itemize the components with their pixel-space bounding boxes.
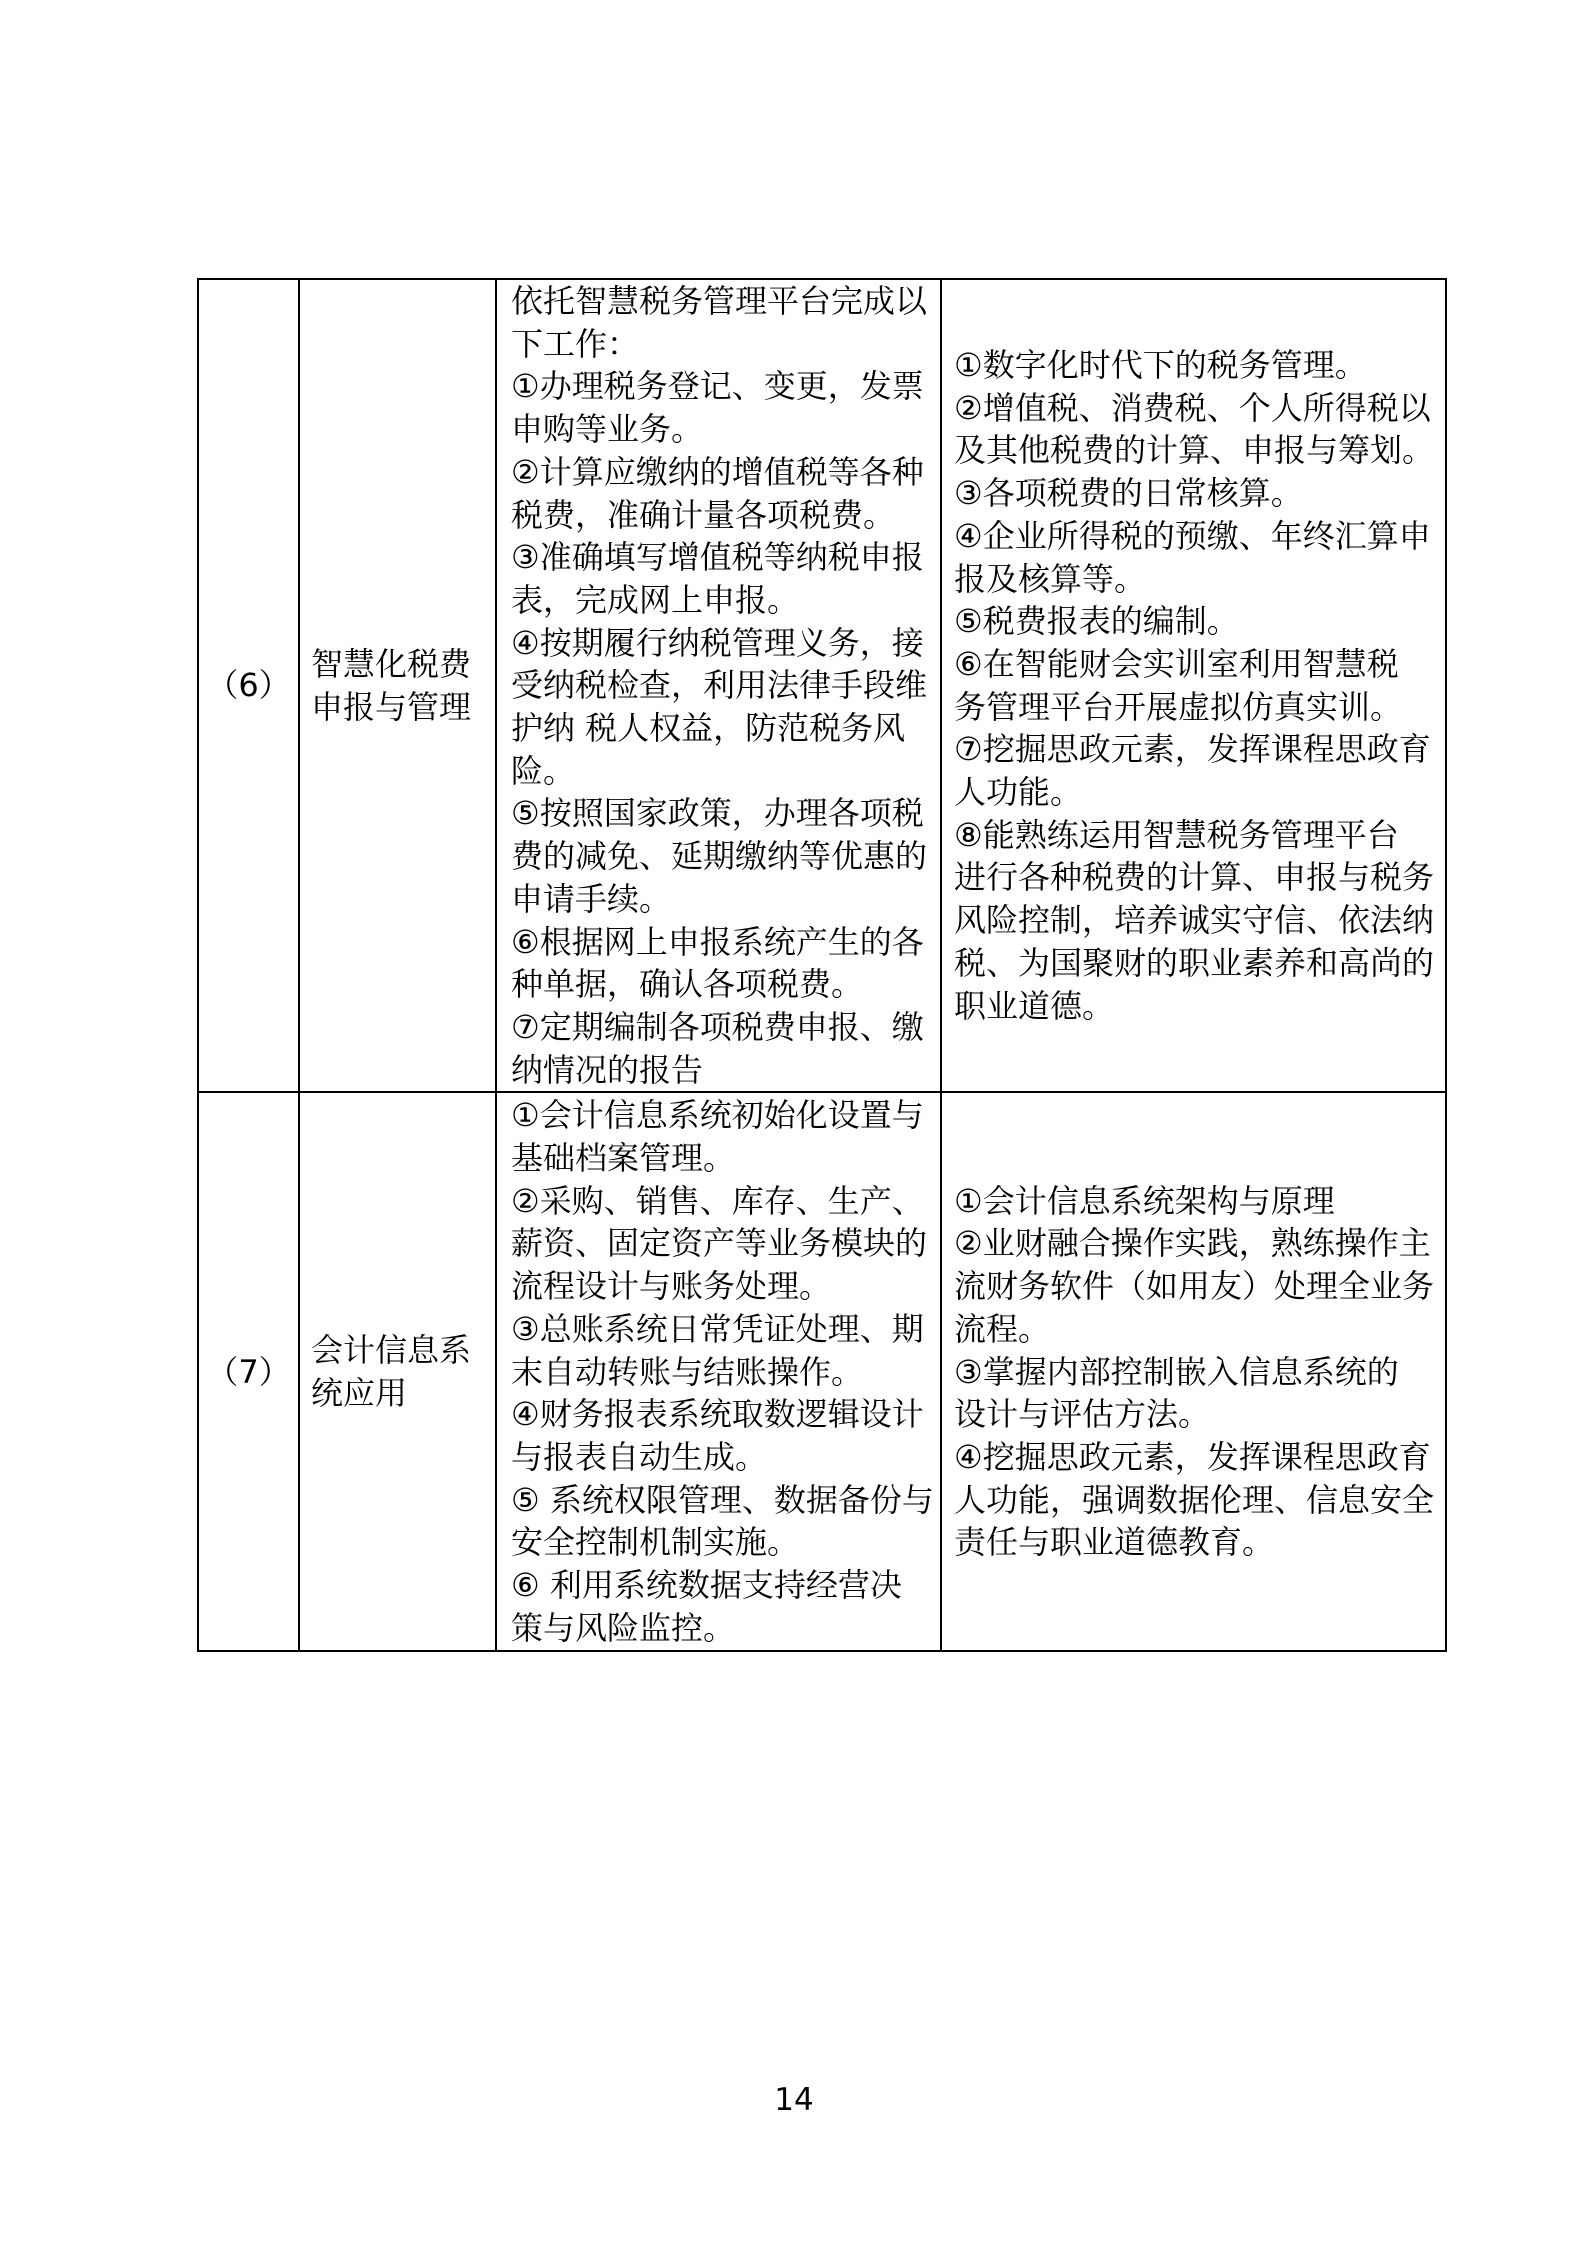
row7-teaching-contents-cell: ①会计信息系统架构与原理②业财融合操作实践，熟练操作主流财务软件（如用友）处理全… bbox=[941, 1092, 1446, 1651]
row6-work-tasks-cell: 依托智慧税务管理平台完成以下工作：①办理税务登记、变更，发票申购等业务。②计算应… bbox=[496, 279, 941, 1092]
document-page: { "page_number": "14", "table": { "rows"… bbox=[0, 0, 1588, 2245]
row6-teaching-contents-cell: ①数字化时代下的税务管理。②增值税、消费税、个人所得税以及其他税费的计算、申报与… bbox=[941, 279, 1446, 1092]
table-row-module-7: （7） 会计信息系统应用 ①会计信息系统初始化设置与基础档案管理。②采购、销售、… bbox=[198, 1092, 1446, 1651]
page-number: 14 bbox=[0, 2082, 1588, 2118]
row6-work-tasks-text: 依托智慧税务管理平台完成以下工作：①办理税务登记、变更，发票申购等业务。②计算应… bbox=[497, 280, 940, 1091]
row6-module-name-cell: 智慧化税费申报与管理 bbox=[299, 279, 496, 1092]
row7-module-name: 会计信息系统应用 bbox=[300, 1329, 495, 1414]
row7-index-label: （7） bbox=[199, 1351, 298, 1394]
table-row-module-6: （6） 智慧化税费申报与管理 依托智慧税务管理平台完成以下工作：①办理税务登记、… bbox=[198, 279, 1446, 1092]
row7-teaching-contents-text: ①会计信息系统架构与原理②业财融合操作实践，熟练操作主流财务软件（如用友）处理全… bbox=[942, 1180, 1445, 1564]
row6-module-name: 智慧化税费申报与管理 bbox=[300, 643, 495, 728]
row7-work-tasks-text: ①会计信息系统初始化设置与基础档案管理。②采购、销售、库存、生产、薪资、固定资产… bbox=[497, 1094, 940, 1649]
row6-index-cell: （6） bbox=[198, 279, 299, 1092]
row7-work-tasks-cell: ①会计信息系统初始化设置与基础档案管理。②采购、销售、库存、生产、薪资、固定资产… bbox=[496, 1092, 941, 1651]
row6-teaching-contents-text: ①数字化时代下的税务管理。②增值税、消费税、个人所得税以及其他税费的计算、申报与… bbox=[942, 344, 1445, 1027]
row7-module-name-cell: 会计信息系统应用 bbox=[299, 1092, 496, 1651]
row6-index-label: （6） bbox=[199, 664, 298, 707]
course-module-table: （6） 智慧化税费申报与管理 依托智慧税务管理平台完成以下工作：①办理税务登记、… bbox=[197, 278, 1447, 1652]
row7-index-cell: （7） bbox=[198, 1092, 299, 1651]
